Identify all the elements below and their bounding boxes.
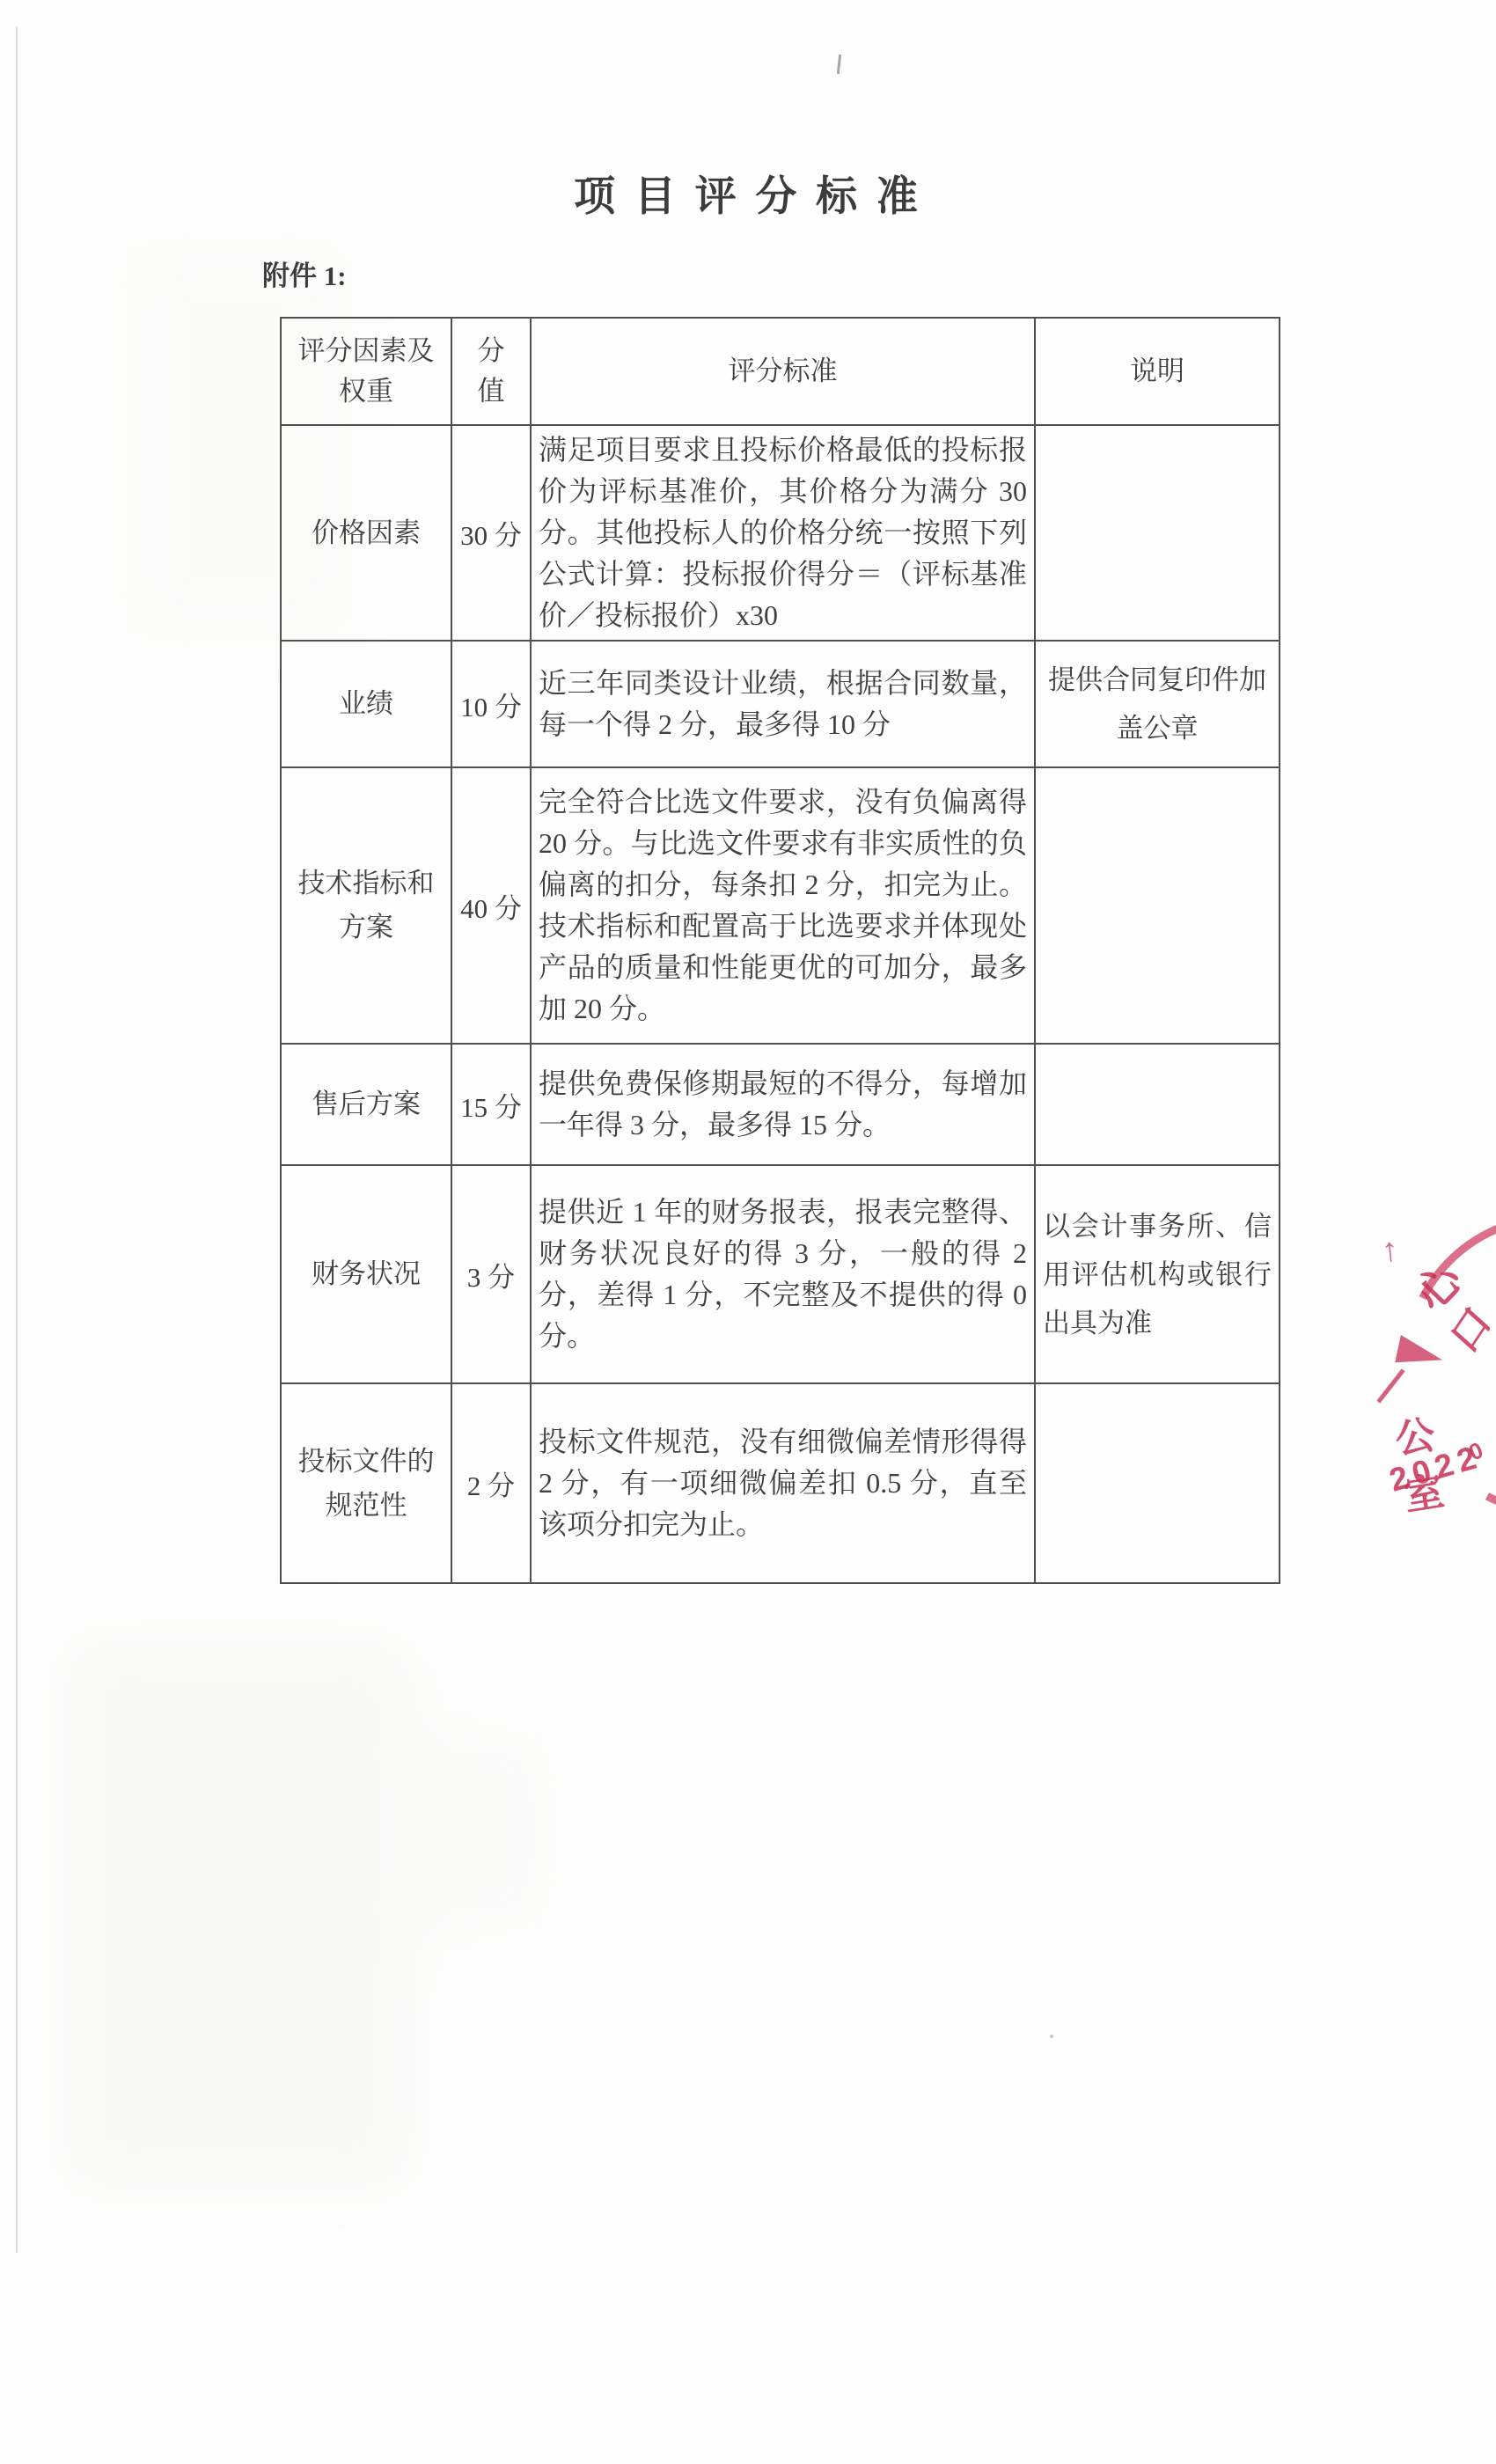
scoring-table: 评分因素及权重 分值 评分标准 说明 价格因素 30 分 满足项目要求且投标价格…: [280, 317, 1280, 1584]
score-cell: 30 分: [451, 425, 531, 641]
criteria-cell: 投标文件规范，没有细微偏差情形得得 2 分，有一项细微偏差扣 0.5 分，直至该…: [531, 1383, 1035, 1583]
seal-arrow-mark-icon: ↑: [1380, 1231, 1400, 1271]
table-row: 业绩 10 分 近三年同类设计业绩，根据合同数量，每一个得 2 分，最多得 10…: [281, 641, 1280, 767]
scan-speck: [837, 55, 841, 74]
score-cell: 40 分: [451, 767, 531, 1044]
score-cell: 10 分: [451, 641, 531, 767]
scan-blotch: [53, 1628, 422, 2200]
note-cell: [1035, 1383, 1280, 1583]
score-cell: 2 分: [451, 1383, 531, 1583]
criteria-cell: 提供近 1 年的财务报表，报表完整得、财务状况良好的得 3 分，一般的得 2 分…: [531, 1165, 1035, 1383]
factor-cell: 价格因素: [281, 425, 451, 641]
note-cell: [1035, 425, 1280, 641]
page-edge-scan-line: [16, 26, 18, 2253]
scanned-document-page: 项 目 评 分 标 准 附件 1: 评分因素及权重 分值 评分标准 说明 价格因…: [0, 0, 1496, 2464]
criteria-cell: 完全符合比选文件要求，没有负偏离得 20 分。与比选文件要求有非实质性的负偏离的…: [531, 767, 1035, 1044]
criteria-cell: 近三年同类设计业绩，根据合同数量，每一个得 2 分，最多得 10 分: [531, 641, 1035, 767]
table-row: 价格因素 30 分 满足项目要求且投标价格最低的投标报价为评标基准价，其价格分为…: [281, 425, 1280, 641]
note-cell: 提供合同复印件加盖公章: [1035, 641, 1280, 767]
factor-cell: 投标文件的规范性: [281, 1383, 451, 1583]
table-row: 技术指标和方案 40 分 完全符合比选文件要求，没有负偏离得 20 分。与比选文…: [281, 767, 1280, 1044]
factor-cell: 技术指标和方案: [281, 767, 451, 1044]
table-row: 投标文件的规范性 2 分 投标文件规范，没有细微偏差情形得得 2 分，有一项细微…: [281, 1383, 1280, 1583]
factor-cell: 财务状况: [281, 1165, 451, 1383]
seal-partial-stroke-icon: [1376, 1368, 1404, 1403]
criteria-cell: 满足项目要求且投标价格最低的投标报价为评标基准价，其价格分为满分 30 分。其他…: [531, 425, 1035, 641]
attachment-label: 附件 1:: [262, 253, 347, 293]
scan-speck: [1050, 2035, 1053, 2038]
header-factor: 评分因素及权重: [281, 318, 451, 425]
table-row: 售后方案 15 分 提供免费保修期最短的不得分，每增加一年得 3 分，最多得 1…: [281, 1044, 1280, 1165]
scan-blotch: [422, 1716, 563, 1945]
note-cell: [1035, 767, 1280, 1044]
header-score: 分值: [451, 318, 531, 425]
table-row: 财务状况 3 分 提供近 1 年的财务报表，报表完整得、财务状况良好的得 3 分…: [281, 1165, 1280, 1383]
header-note: 说明: [1035, 318, 1280, 425]
factor-cell: 售后方案: [281, 1044, 451, 1165]
table-header-row: 评分因素及权重 分值 评分标准 说明: [281, 318, 1280, 425]
score-cell: 15 分: [451, 1044, 531, 1165]
note-cell: 以会计事务所、信用评估机构或银行出具为准: [1035, 1165, 1280, 1383]
page-title: 项 目 评 分 标 准: [0, 164, 1496, 223]
note-cell: [1035, 1044, 1280, 1165]
criteria-cell: 提供免费保修期最短的不得分，每增加一年得 3 分，最多得 15 分。: [531, 1044, 1035, 1165]
header-criteria: 评分标准: [531, 318, 1035, 425]
score-cell: 3 分: [451, 1165, 531, 1383]
factor-cell: 业绩: [281, 641, 451, 767]
